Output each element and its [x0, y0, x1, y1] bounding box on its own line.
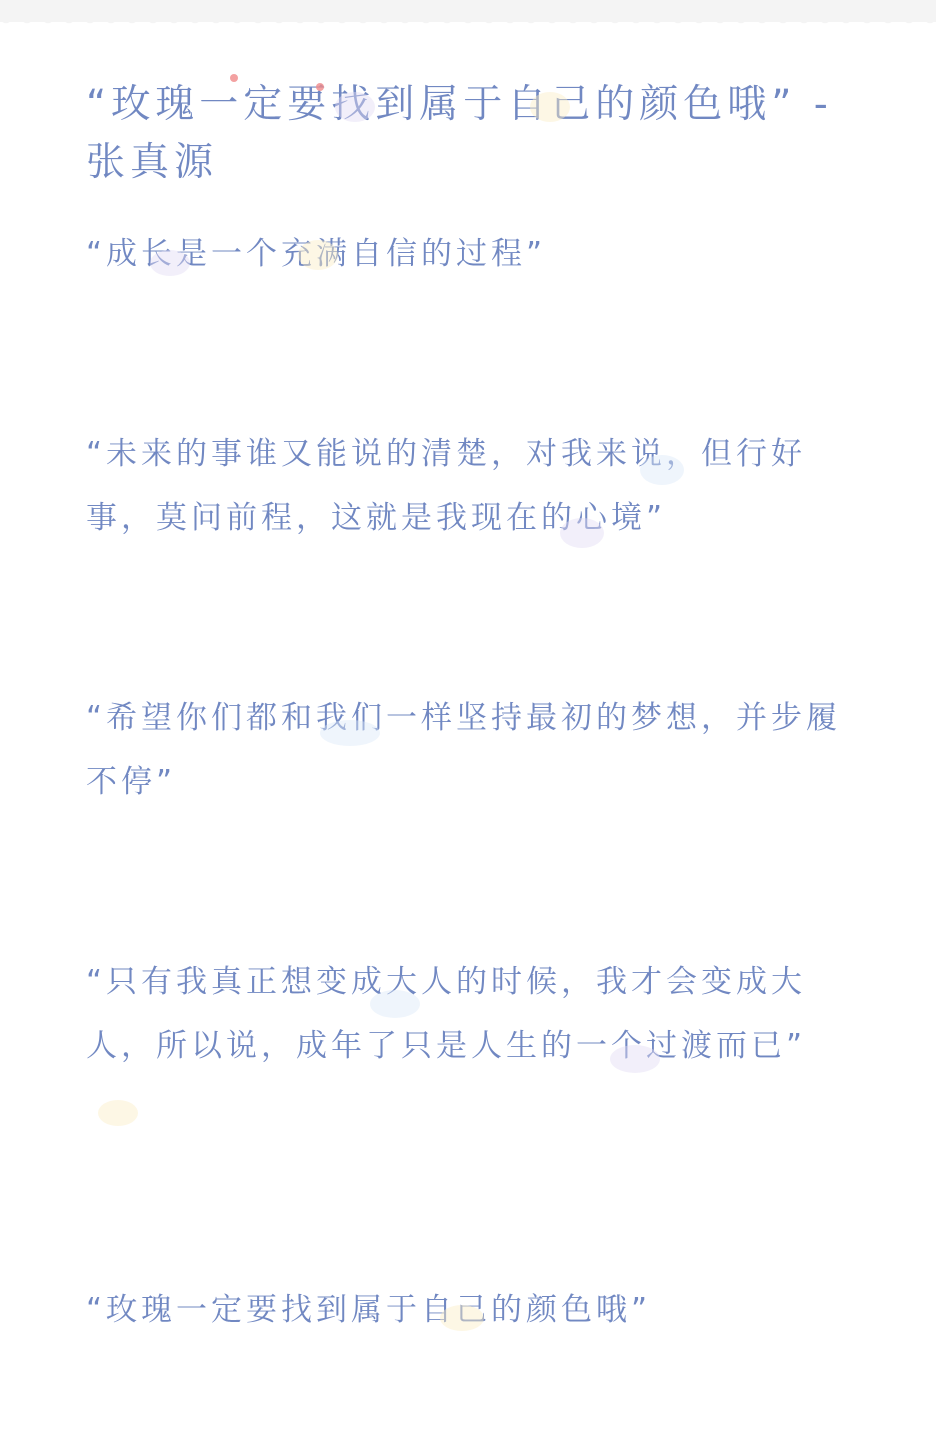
quote-4: “只有我真正想变成大人的时候，我才会变成大人，所以说，成年了只是人生的一个过渡而… [86, 950, 856, 1078]
sticker-decoration [530, 92, 570, 122]
heart-icon [230, 74, 238, 82]
article-title: “玫瑰一定要找到属于自己的颜色哦” -张真源 [86, 76, 856, 192]
sticker-decoration [640, 455, 684, 485]
sticker-decoration [98, 1100, 138, 1126]
sticker-decoration [298, 240, 338, 270]
sticker-decoration [335, 92, 375, 122]
scalloped-edge [0, 18, 936, 28]
sticker-decoration [560, 518, 604, 548]
sticker-decoration [440, 1305, 484, 1331]
sticker-decoration [370, 990, 420, 1018]
quote-3: “希望你们都和我们一样坚持最初的梦想，并步履不停” [86, 686, 856, 814]
sticker-decoration [150, 250, 190, 276]
sticker-decoration [320, 720, 380, 746]
heart-icon [316, 83, 324, 91]
quote-2: “未来的事谁又能说的清楚，对我来说，但行好事，莫问前程，这就是我现在的心境” [86, 422, 856, 550]
sticker-decoration [610, 1045, 660, 1073]
quote-1: “成长是一个充满自信的过程” [86, 222, 856, 286]
